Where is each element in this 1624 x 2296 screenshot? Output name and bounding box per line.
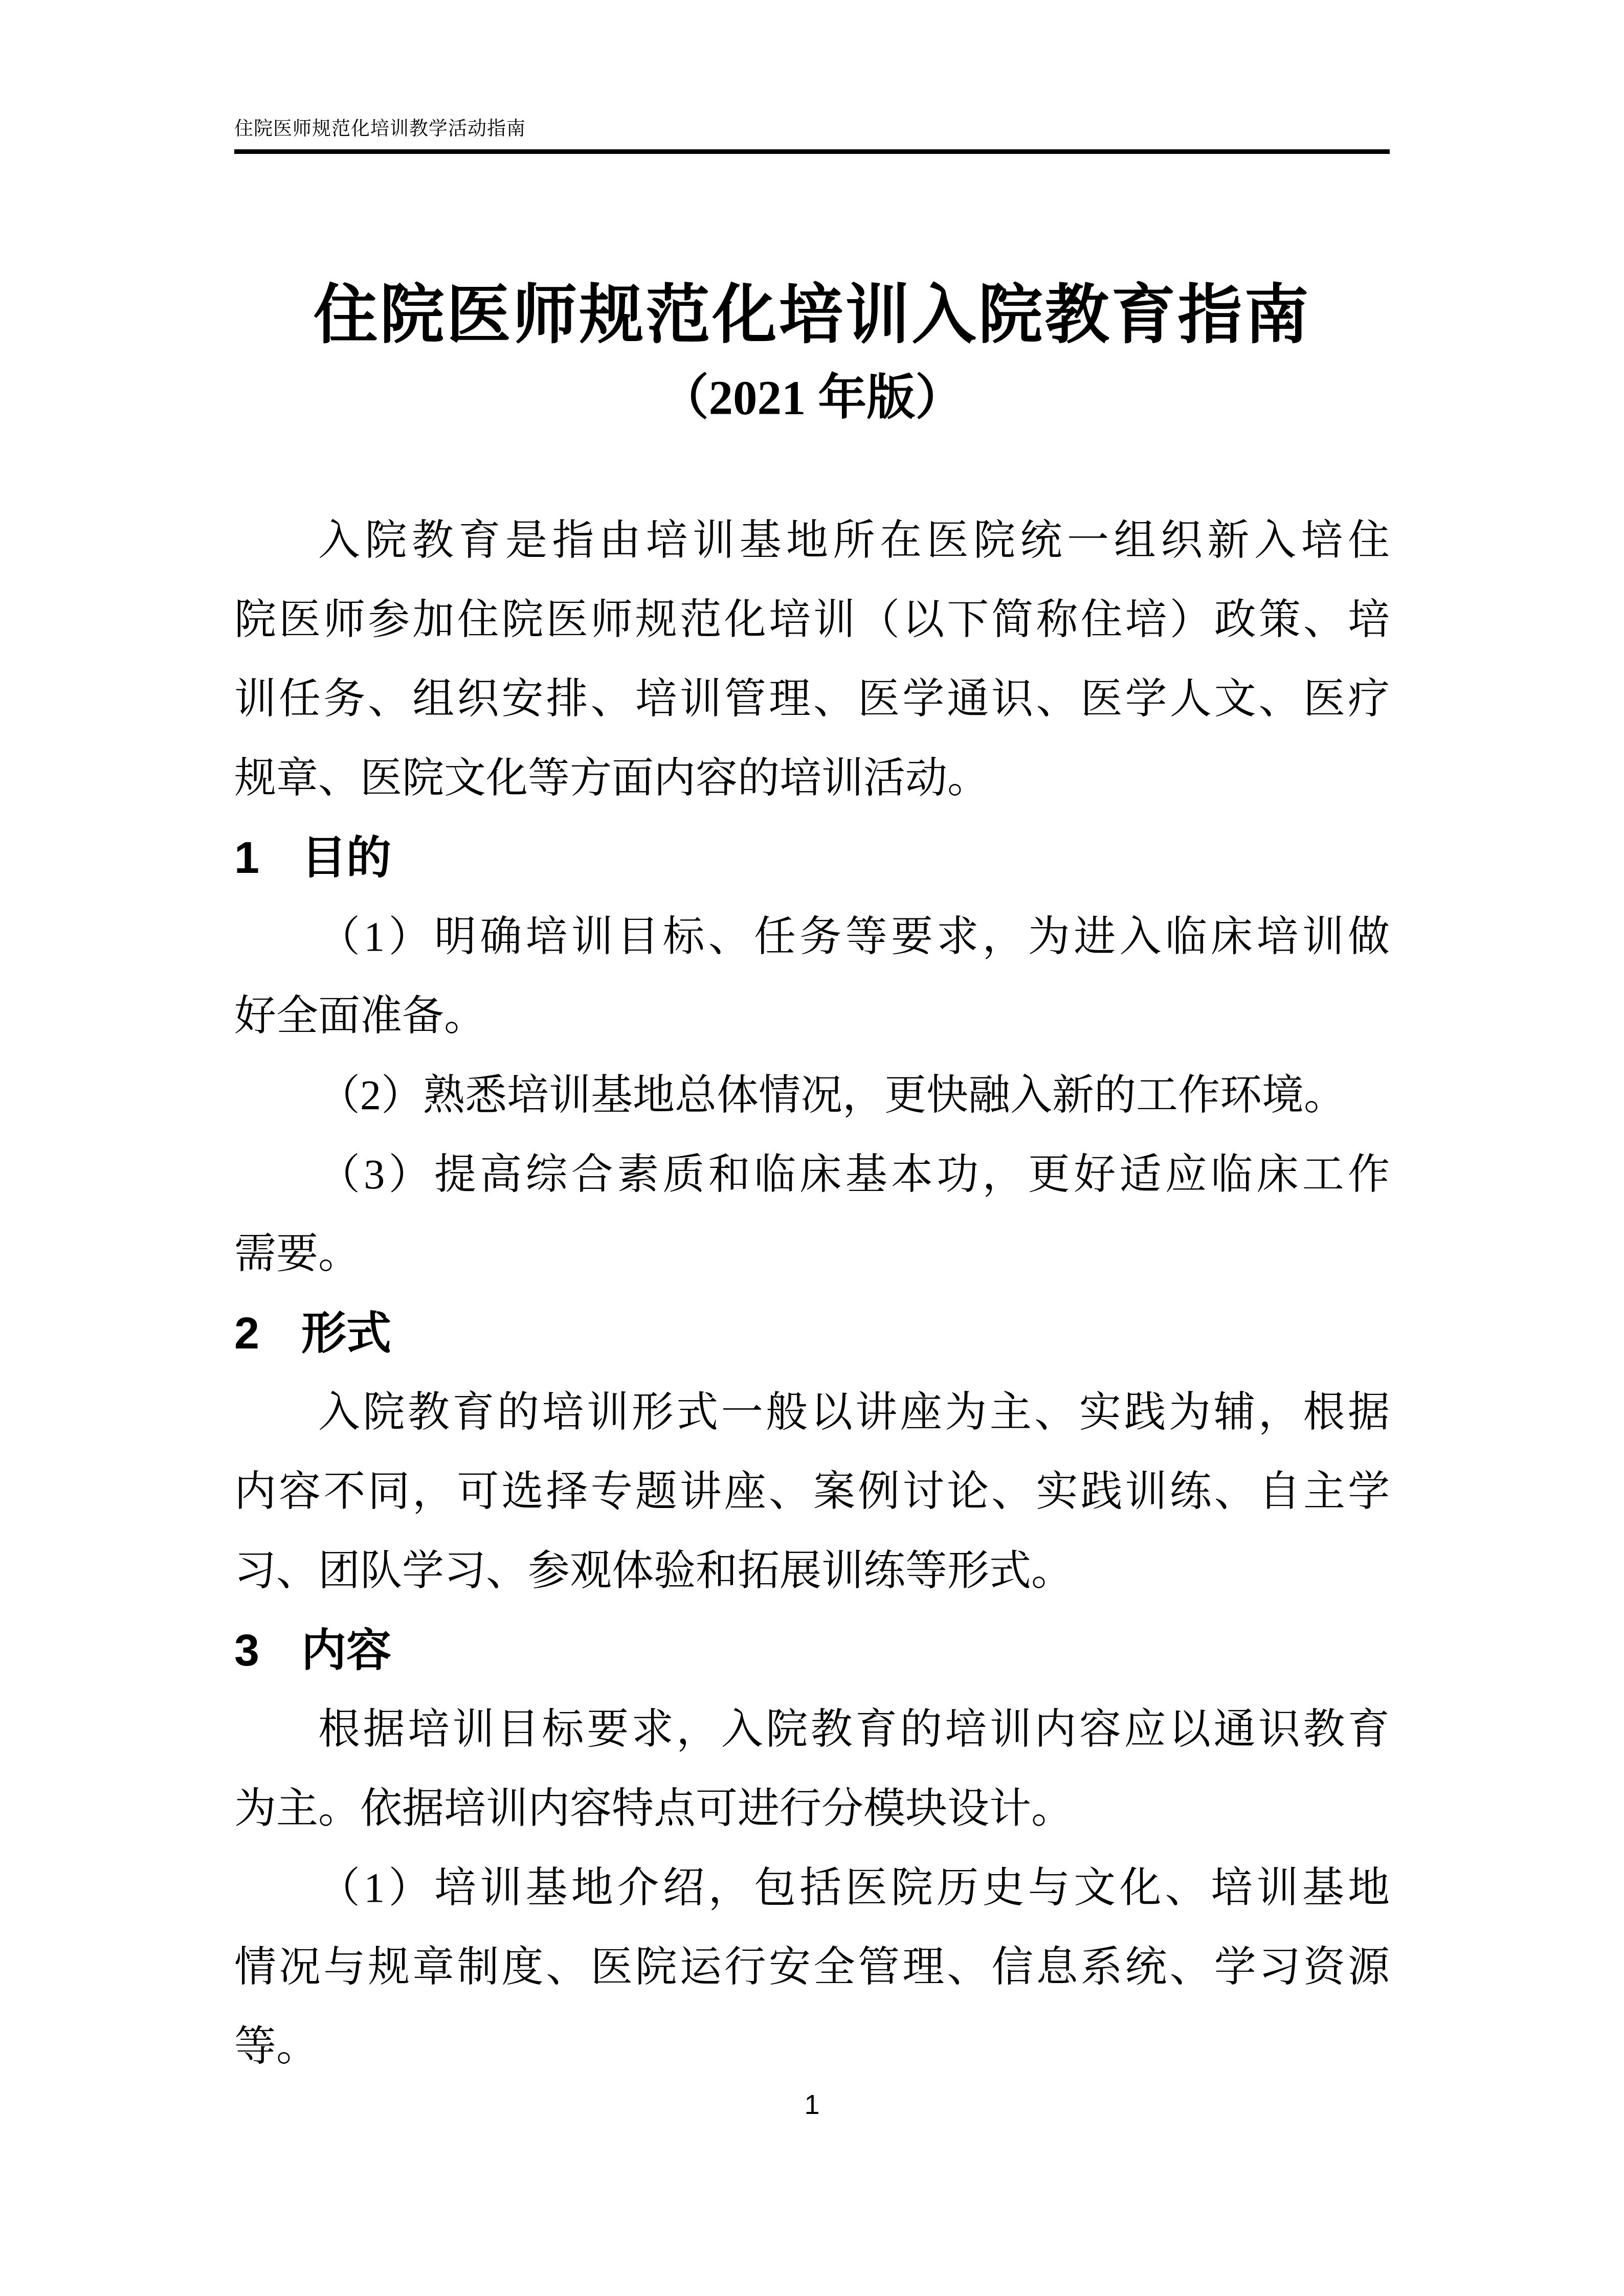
paragraph-line: （1）培训基地介绍，包括医院历史与文化、培训基地 [234, 1848, 1390, 1927]
paragraph: （1）明确培训目标、任务等要求，为进入临床培训做好全面准备。 [234, 897, 1390, 1055]
section-heading: 2形式 [234, 1293, 1390, 1372]
paragraph-line: 院医师参加住院医师规范化培训（以下简称住培）政策、培 [234, 580, 1390, 659]
paragraph: （3）提高综合素质和临床基本功，更好适应临床工作需要。 [234, 1135, 1390, 1293]
paragraph: 入院教育是指由培训基地所在医院统一组织新入培住院医师参加住院医师规范化培训（以下… [234, 501, 1390, 818]
section-number: 2 [234, 1293, 259, 1372]
paragraph: 入院教育的培训形式一般以讲座为主、实践为辅，根据内容不同，可选择专题讲座、案例讨… [234, 1372, 1390, 1610]
document-subtitle: （2021 年版） [234, 368, 1390, 428]
section-title: 形式 [301, 1308, 391, 1358]
page-number: 1 [0, 2089, 1624, 2121]
paragraph: （1）培训基地介绍，包括医院历史与文化、培训基地情况与规章制度、医院运行安全管理… [234, 1848, 1390, 2086]
header-rule [234, 149, 1390, 154]
section-title: 内容 [301, 1625, 391, 1675]
running-header: 住院医师规范化培训教学活动指南 [234, 118, 1390, 141]
paragraph-line: 入院教育是指由培训基地所在医院统一组织新入培住 [234, 501, 1390, 580]
paragraph-line: 为主。依据培训内容特点可进行分模块设计。 [234, 1769, 1390, 1848]
paragraph-line: 习、团队学习、参观体验和拓展训练等形式。 [234, 1531, 1390, 1610]
paragraph-line: 好全面准备。 [234, 976, 1390, 1055]
paragraph-line: 等。 [234, 2007, 1390, 2086]
paragraph-line: 根据培训目标要求，入院教育的培训内容应以通识教育 [234, 1690, 1390, 1769]
document-title: 住院医师规范化培训入院教育指南 [234, 275, 1390, 357]
paragraph-line: 规章、医院文化等方面内容的培训活动。 [234, 738, 1390, 818]
paragraph-line: 需要。 [234, 1214, 1390, 1293]
section-title: 目的 [301, 832, 391, 883]
paragraph: （2）熟悉培训基地总体情况，更快融入新的工作环境。 [234, 1055, 1390, 1135]
paragraph-line: 入院教育的培训形式一般以讲座为主、实践为辅，根据 [234, 1372, 1390, 1452]
document-page: 住院医师规范化培训教学活动指南 住院医师规范化培训入院教育指南 （2021 年版… [0, 0, 1624, 2296]
section-heading: 3内容 [234, 1610, 1390, 1690]
paragraph-line: 内容不同，可选择专题讲座、案例讨论、实践训练、自主学 [234, 1452, 1390, 1531]
paragraph-line: 训任务、组织安排、培训管理、医学通识、医学人文、医疗 [234, 659, 1390, 738]
paragraph-line: （1）明确培训目标、任务等要求，为进入临床培训做 [234, 897, 1390, 976]
paragraph-line: （2）熟悉培训基地总体情况，更快融入新的工作环境。 [234, 1055, 1390, 1135]
section-number: 3 [234, 1610, 259, 1690]
document-body: 入院教育是指由培训基地所在医院统一组织新入培住院医师参加住院医师规范化培训（以下… [234, 501, 1390, 2086]
paragraph-line: 情况与规章制度、医院运行安全管理、信息系统、学习资源 [234, 1927, 1390, 2007]
section-number: 1 [234, 818, 259, 897]
paragraph: 根据培训目标要求，入院教育的培训内容应以通识教育为主。依据培训内容特点可进行分模… [234, 1690, 1390, 1848]
paragraph-line: （3）提高综合素质和临床基本功，更好适应临床工作 [234, 1135, 1390, 1214]
section-heading: 1目的 [234, 818, 1390, 897]
page-content-area: 住院医师规范化培训教学活动指南 住院医师规范化培训入院教育指南 （2021 年版… [234, 0, 1390, 2086]
